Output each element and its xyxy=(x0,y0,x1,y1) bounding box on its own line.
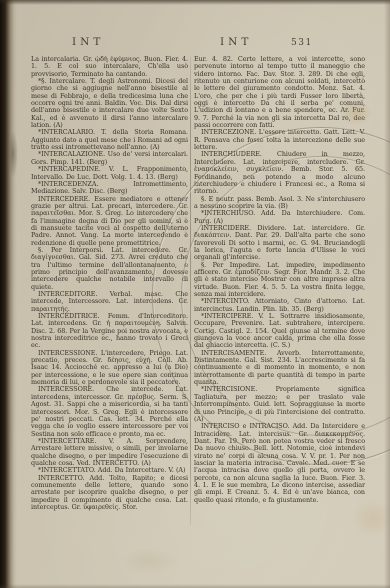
dictionary-entry: INTERCEDERE. Essere mediatore e ottener … xyxy=(31,196,188,247)
dictionary-entry: §. Per Interporsi. Lat. intercedere. Gr.… xyxy=(31,247,188,291)
running-title-right: INT xyxy=(220,36,252,48)
dictionary-entry: INTERCHIUDERE. Chiudere in mezzo, Interc… xyxy=(194,151,365,195)
dictionary-entry: §. Per Impedire. Lat. impedire, impedime… xyxy=(194,262,365,299)
dictionary-entry: INTERCIDERE. Dividere. Lat. intercidere.… xyxy=(194,225,365,262)
dictionary-entry: La intercalaria. Gr. ᾠδὴ ἐφύμνιος. Buon.… xyxy=(31,56,188,78)
dictionary-entry: §. E neutr. pass. Bemb. Asol. 3. Ne s'in… xyxy=(194,196,365,211)
dictionary-entry: *INTERCIPERE. V. L. Sottrarre insidiosam… xyxy=(194,313,365,350)
scan-edge-bottom xyxy=(0,584,390,588)
dictionary-entry: INTERCISAMENTE. Avverb. Interrottamente,… xyxy=(194,350,365,387)
dictionary-entry: *INTERCALARIO. T. della Storia Romana. A… xyxy=(31,129,188,151)
dictionary-entry: Eur. 4. 82. Certe lettere, a voi interce… xyxy=(194,56,365,129)
text-column-right: Eur. 4. 82. Certe lettere, a voi interce… xyxy=(194,56,365,536)
dictionary-entry: *INTERCALAZIONE. Uso de' versi intercala… xyxy=(31,151,188,166)
column-divider xyxy=(190,57,191,525)
dictionary-entry: *§. Intercalare. T. degli Astronomi. Dic… xyxy=(31,78,188,129)
dictionary-entry: INTERCESSIONE. L'intercedere, Priego. La… xyxy=(31,350,188,387)
dictionary-entry: INTERCEDITRICE. Femm. d'Interceditore. L… xyxy=(31,313,188,350)
binding-shadow xyxy=(0,0,17,588)
dictionary-entry: *INTERCAPEDINE. V. L. Frapponimento, Int… xyxy=(31,166,188,181)
dictionary-entry: *INTERCEDENZA. Intromettimento, Mediazio… xyxy=(31,181,188,196)
dictionary-entry: INTERCESSORE. Che intercede. Lat. interc… xyxy=(31,386,188,437)
dictionary-entry: INTERCEZIONE. L'essere intercetto. Gatt.… xyxy=(194,129,365,151)
scan-edge-right xyxy=(384,0,390,588)
book-page: INT INT 531 La intercalaria. Gr. ᾠδὴ ἐφύ… xyxy=(0,0,390,588)
dictionary-entry: *INTERCINTO. Attorniato, Cinto d'attorno… xyxy=(194,298,365,313)
dictionary-entry: INTERCEDITORE. Verbal. masc. Che interce… xyxy=(31,291,188,313)
dictionary-entry: INTERCETTO. Add. Tolto, Rapito; e dicesi… xyxy=(31,475,188,512)
foxing-spot xyxy=(120,548,180,574)
dictionary-entry: *INTERCETTARE. V. A. Sorprendere, Arrest… xyxy=(31,438,188,467)
scan-edge-top xyxy=(0,0,390,5)
dictionary-entry: *INTERCHIUSO. Add. Da Interchiudere. Com… xyxy=(194,210,365,225)
page-number: 531 xyxy=(291,38,313,48)
text-column-left: La intercalaria. Gr. ᾠδὴ ἐφύμνιος. Buon.… xyxy=(31,56,188,526)
running-title-left: INT xyxy=(72,36,104,48)
dictionary-entry: INTERCISO e INTRACISO. Add. Da Intercide… xyxy=(194,423,365,504)
dictionary-entry: *INTERCISIONE. Propriamente significa Ta… xyxy=(194,386,365,423)
